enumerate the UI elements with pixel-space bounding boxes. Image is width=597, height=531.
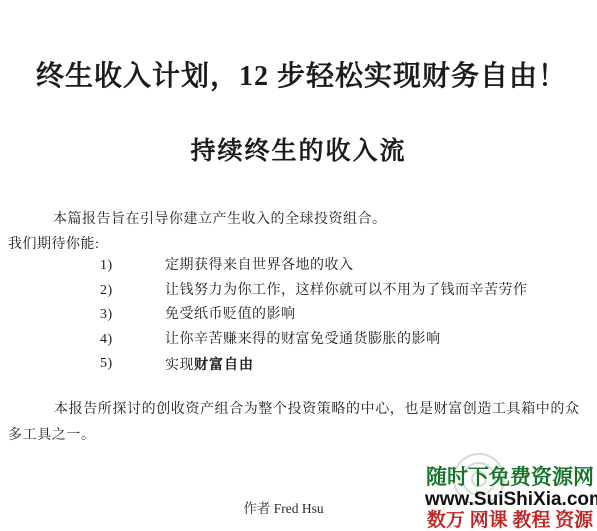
watermark: 随时下免费资源网 www.SuiShiXia.com 数万 网课 教程 资源 [425,467,595,530]
list-item-text-prefix: 实现 [165,358,194,373]
watermark-tagline: 数万 网课 教程 资源 [425,511,595,530]
list-item-number: 4) [100,328,165,353]
list-item-text-bold: 财富自由 [194,356,254,372]
list-item: 1) 定期获得来自世界各地的收入 [0,254,597,279]
list-item-number: 2) [100,279,165,304]
closing-paragraph: 本报告所探讨的创收资产组合为整个投资策略的中心，也是财富创造工具箱中的众多工具之… [8,397,584,449]
list-item: 4) 让你辛苦赚来得的财富免受通货膨胀的影响 [0,328,597,353]
list-item: 5) 实现财富自由 [0,352,597,379]
list-item-text: 让钱努力为你工作，这样你就可以不用为了钱而辛苦劳作 [165,279,597,304]
list-item-text: 实现财富自由 [165,352,597,379]
ordered-list: 1) 定期获得来自世界各地的收入 2) 让钱努力为你工作，这样你就可以不用为了钱… [0,254,597,379]
list-item-number: 1) [100,254,165,279]
watermark-url: www.SuiShiXia.com [425,490,595,509]
page-title: 终生收入计划，12 步轻松实现财务自由！ [36,54,567,94]
list-item-number: 5) [100,352,165,379]
expectation-lead: 我们期待你能: [8,233,99,253]
document-page: 终生收入计划，12 步轻松实现财务自由！ 持续终生的收入流 本篇报告旨在引导你建… [0,0,597,531]
list-item-text: 让你辛苦赚来得的财富免受通货膨胀的影响 [165,328,597,353]
page-subtitle: 持续终生的收入流 [0,131,597,167]
watermark-site-name: 随时下免费资源网 [425,467,595,488]
intro-paragraph: 本篇报告旨在引导你建立产生收入的全球投资组合。 [53,208,387,228]
list-item-text: 定期获得来自世界各地的收入 [165,254,597,279]
list-item-text: 免受纸币贬值的影响 [165,303,597,328]
list-item-number: 3) [100,303,165,328]
list-item: 3) 免受纸币贬值的影响 [0,303,597,328]
list-item: 2) 让钱努力为你工作，这样你就可以不用为了钱而辛苦劳作 [0,279,597,304]
